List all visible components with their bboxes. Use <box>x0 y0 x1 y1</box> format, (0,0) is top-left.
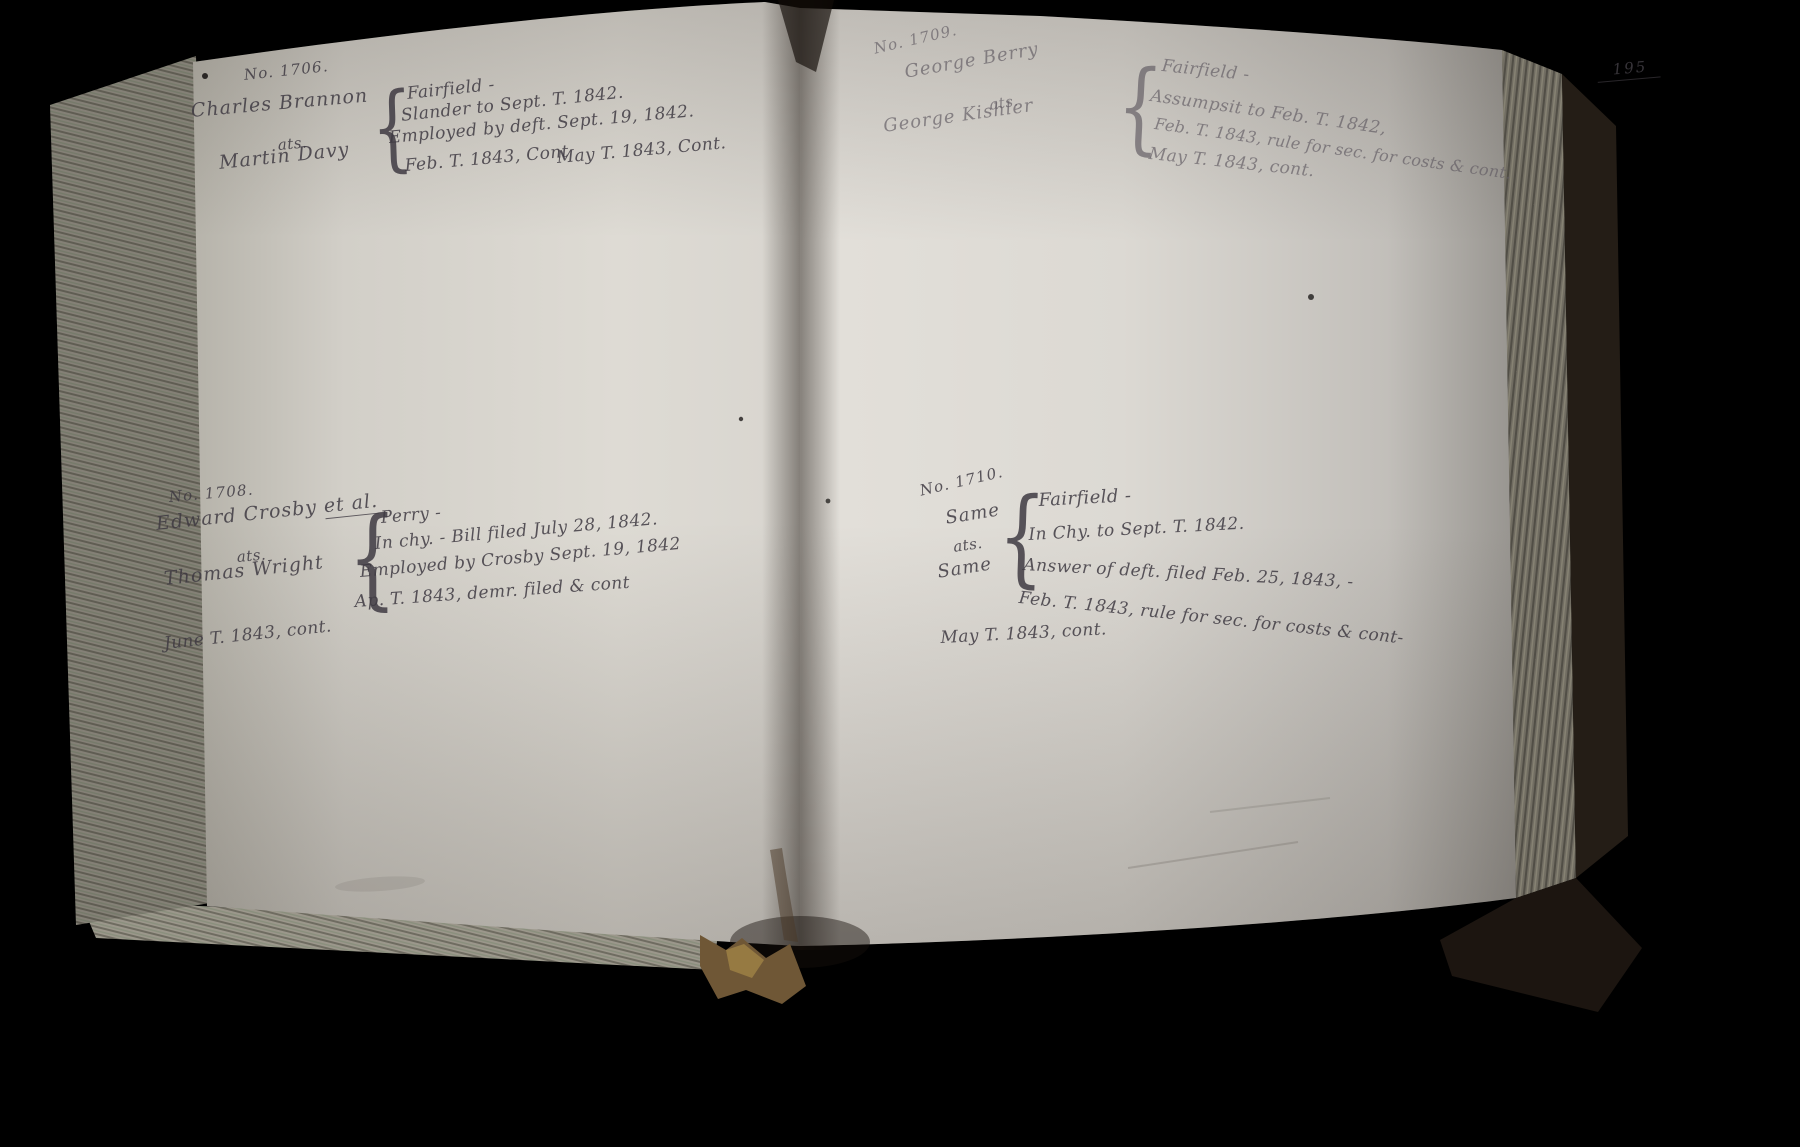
ledger-photograph: No. 1706. Charles Brannon ats. Martin Da… <box>0 0 1800 1147</box>
